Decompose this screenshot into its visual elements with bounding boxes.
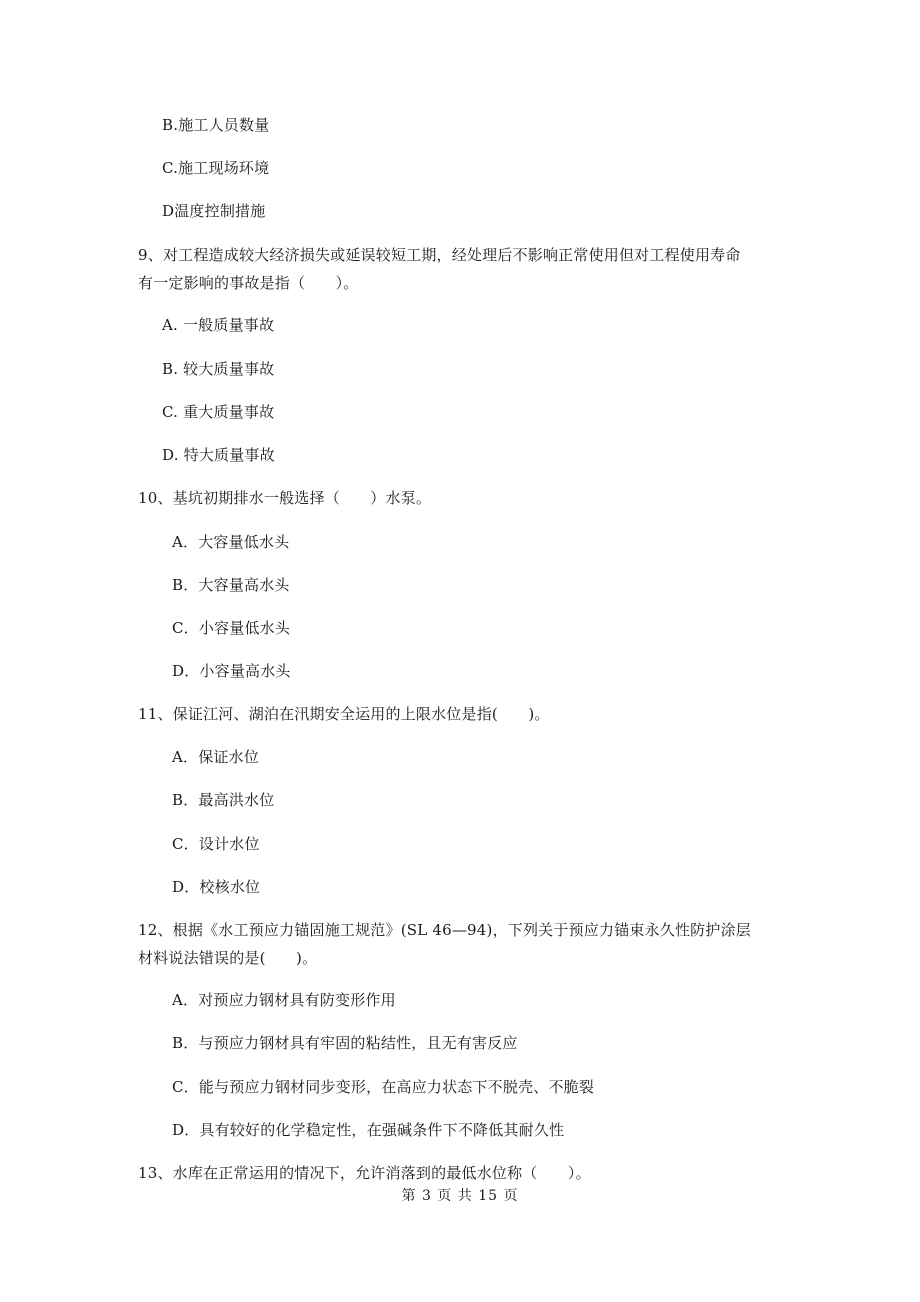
question-9-option-a: A. 一般质量事故: [162, 315, 274, 335]
question-12-option-a: A．对预应力钢材具有防变形作用: [172, 990, 396, 1010]
question-11-option-d: D．校核水位: [172, 877, 260, 897]
question-9-stem-line-2: 有一定影响的事故是指（ ）。: [138, 273, 359, 293]
question-11-option-b: B．最高洪水位: [172, 790, 274, 810]
question-13-stem: 13、水库在正常运用的情况下，允许消落到的最低水位称（ ）。: [138, 1163, 591, 1183]
question-12-option-b: B．与预应力钢材具有牢固的粘结性，且无有害反应: [172, 1033, 518, 1053]
question-9-option-c: C. 重大质量事故: [162, 402, 274, 422]
question-12-stem-line-1: 12、根据《水工预应力锚固施工规范》(SL 46—94)，下列关于预应力锚束永久…: [138, 920, 751, 940]
question-12-option-d: D．具有较好的化学稳定性，在强碱条件下不降低其耐久性: [172, 1120, 564, 1140]
prev-question-option-b: B.施工人员数量: [162, 115, 269, 135]
question-9-option-d: D. 特大质量事故: [162, 445, 275, 465]
document-page: B.施工人员数量 C.施工现场环境 D温度控制措施 9、对工程造成较大经济损失或…: [0, 0, 920, 1302]
question-10-option-b: B．大容量高水头: [172, 575, 290, 595]
page-footer: 第 3 页 共 15 页: [0, 1186, 920, 1206]
question-10-option-d: D．小容量高水头: [172, 661, 291, 681]
prev-question-option-d: D温度控制措施: [162, 201, 265, 221]
question-10-stem: 10、基坑初期排水一般选择（ ）水泵。: [138, 488, 431, 508]
question-12-stem-line-2: 材料说法错误的是( )。: [138, 948, 317, 968]
question-9-stem-line-1: 9、对工程造成较大经济损失或延误较短工期，经处理后不影响正常使用但对工程使用寿命: [138, 245, 741, 265]
prev-question-option-c: C.施工现场环境: [162, 158, 269, 178]
question-11-option-a: A．保证水位: [172, 747, 259, 767]
question-12-option-c: C．能与预应力钢材同步变形，在高应力状态下不脱壳、不脆裂: [172, 1077, 594, 1097]
question-10-option-c: C．小容量低水头: [172, 618, 290, 638]
question-10-option-a: A．大容量低水头: [172, 532, 289, 552]
question-9-option-b: B. 较大质量事故: [162, 359, 274, 379]
question-11-stem: 11、保证江河、湖泊在汛期安全运用的上限水位是指( )。: [138, 704, 550, 724]
question-11-option-c: C．设计水位: [172, 834, 260, 854]
